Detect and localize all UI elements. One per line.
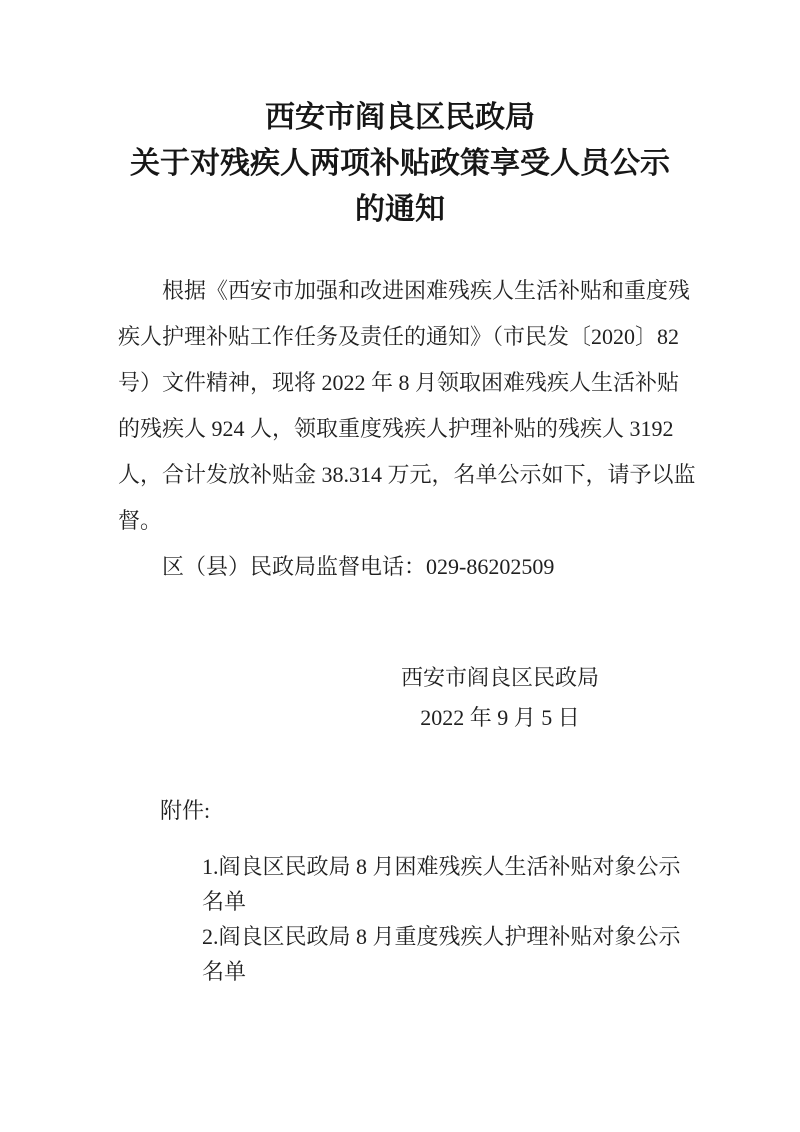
- title-line-org: 西安市阎良区民政局: [40, 95, 760, 141]
- body-line: 根据《西安市加强和改进困难残疾人生活补贴和重度残: [118, 268, 718, 314]
- title-line-notice: 的通知: [40, 187, 760, 233]
- attachments-label: 附件:: [160, 796, 210, 826]
- signature-block: 西安市阎良区民政局 2022 年 9 月 5 日: [300, 658, 700, 738]
- attachment-item-1-line-1: 1.阎良区民政局 8 月困难残疾人生活补贴对象公示: [202, 849, 682, 884]
- document-page: 西安市阎良区民政局 关于对残疾人两项补贴政策享受人员公示 的通知 根据《西安市加…: [0, 0, 800, 1132]
- body-line: 疾人护理补贴工作任务及责任的通知》（市民发〔2020〕82: [118, 314, 718, 360]
- signature-org: 西安市阎良区民政局: [300, 658, 700, 698]
- title-line-subject: 关于对残疾人两项补贴政策享受人员公示: [40, 141, 760, 187]
- body-line: 人，合计发放补贴金 38.314 万元，名单公示如下，请予以监: [118, 452, 718, 498]
- attachment-item-2-line-2: 名单: [202, 954, 682, 989]
- attachment-item-2-line-1: 2.阎良区民政局 8 月重度残疾人护理补贴对象公示: [202, 919, 682, 954]
- notice-body: 根据《西安市加强和改进困难残疾人生活补贴和重度残 疾人护理补贴工作任务及责任的通…: [118, 268, 718, 590]
- supervision-phone-line: 区（县）民政局监督电话：029-86202509: [118, 544, 718, 590]
- body-line: 的残疾人 924 人，领取重度残疾人护理补贴的残疾人 3192: [118, 406, 718, 452]
- body-line: 督。: [118, 498, 718, 544]
- attachments-list: 1.阎良区民政局 8 月困难残疾人生活补贴对象公示 名单 2.阎良区民政局 8 …: [202, 849, 682, 989]
- notice-title: 西安市阎良区民政局 关于对残疾人两项补贴政策享受人员公示 的通知: [40, 95, 760, 233]
- signature-date: 2022 年 9 月 5 日: [300, 698, 700, 738]
- attachment-item-1-line-2: 名单: [202, 884, 682, 919]
- body-line: 号）文件精神，现将 2022 年 8 月领取困难残疾人生活补贴: [118, 360, 718, 406]
